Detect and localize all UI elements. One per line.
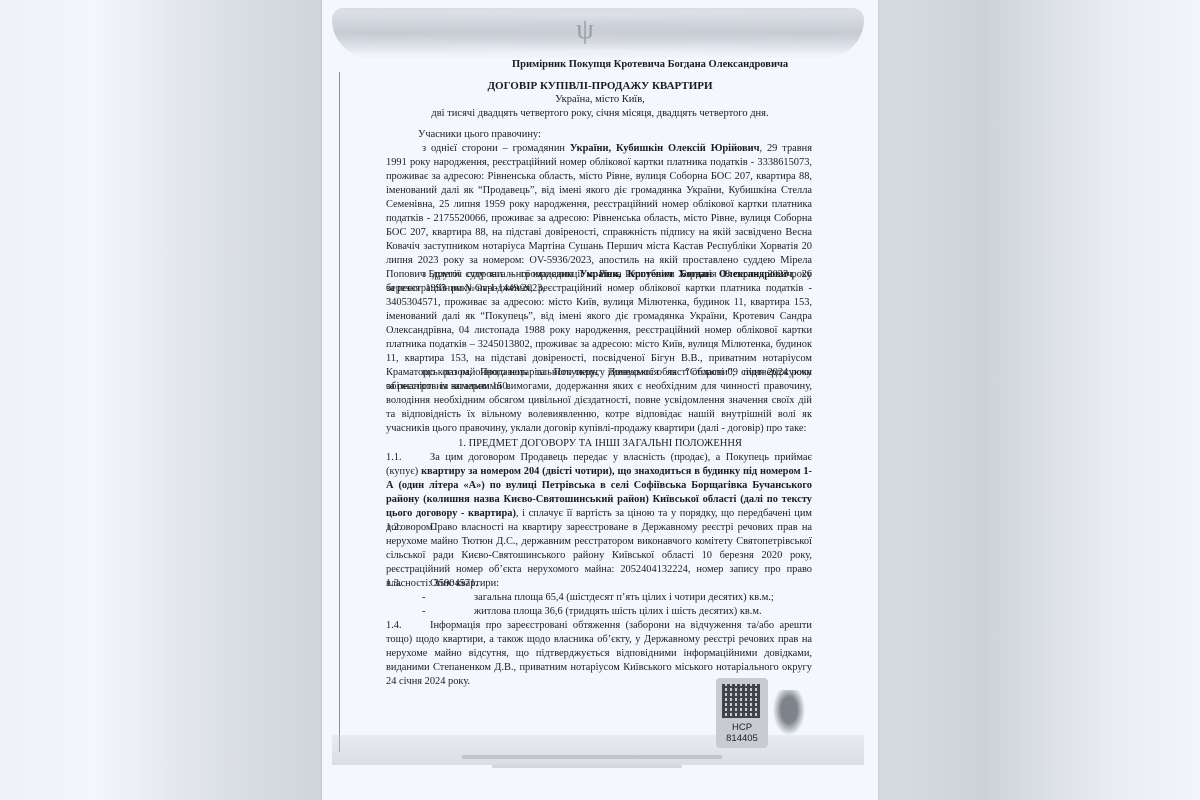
parties-clause: що разом, Продавець та Покупець, іменуєм…	[386, 366, 812, 436]
clause-1-3: 1.3.Опис квартири:	[386, 577, 812, 591]
list-marker: -	[422, 591, 425, 605]
coat-of-arms-icon: ψ	[570, 12, 600, 48]
participants-intro: Учасники цього правочину:	[418, 128, 844, 142]
clause-text: Опис квартири:	[430, 578, 499, 589]
buyer-prefix: з другої сторони – громадянин	[422, 269, 580, 280]
document-place: Україна, місто Київ,	[322, 93, 878, 107]
seller-name: України, Кубишкін Олексій Юрійович	[570, 143, 760, 154]
margin-line	[339, 72, 340, 752]
seller-prefix: з однієї сторони – громадянин	[422, 143, 570, 154]
footer-text-line	[462, 755, 722, 759]
clause-text: Інформація про зареєстровані обтяження (…	[386, 620, 812, 687]
sticker-series: НСР	[716, 722, 768, 733]
hologram-icon	[770, 690, 808, 740]
clause-number: 1.3.	[386, 577, 430, 591]
copy-owner-header: Примірник Покупця Кротевича Богдана Олек…	[512, 58, 788, 72]
section-1-title: 1. ПРЕДМЕТ ДОГОВОРУ ТА ІНШІ ЗАГАЛЬНІ ПОЛ…	[322, 437, 878, 451]
clause-number: 1.1.	[386, 451, 430, 465]
list-marker: -	[422, 605, 425, 619]
clause-number: 1.2.	[386, 521, 430, 535]
document-title: ДОГОВІР КУПІВЛІ-ПРОДАЖУ КВАРТИРИ	[322, 79, 878, 93]
document-date: дві тисячі двадцять четвертого року, січ…	[322, 107, 878, 121]
clause-number: 1.4.	[386, 619, 430, 633]
security-sticker: НСР 814405	[716, 678, 768, 748]
footer-text-line	[492, 765, 682, 768]
area-living-text: житлова площа 36,6 (тридцять шість цілих…	[474, 605, 762, 619]
document-page: ψ Примірник Покупця Кротевича Богдана Ол…	[322, 0, 878, 800]
area-total-text: загальна площа 65,4 (шістдесят п’ять ціл…	[474, 591, 774, 605]
sticker-number: 814405	[716, 733, 768, 744]
sticker-code: НСР 814405	[716, 722, 768, 744]
buyer-name: України, Кротевич Богдан Олександрович	[580, 269, 793, 280]
qr-code-icon	[722, 684, 760, 718]
